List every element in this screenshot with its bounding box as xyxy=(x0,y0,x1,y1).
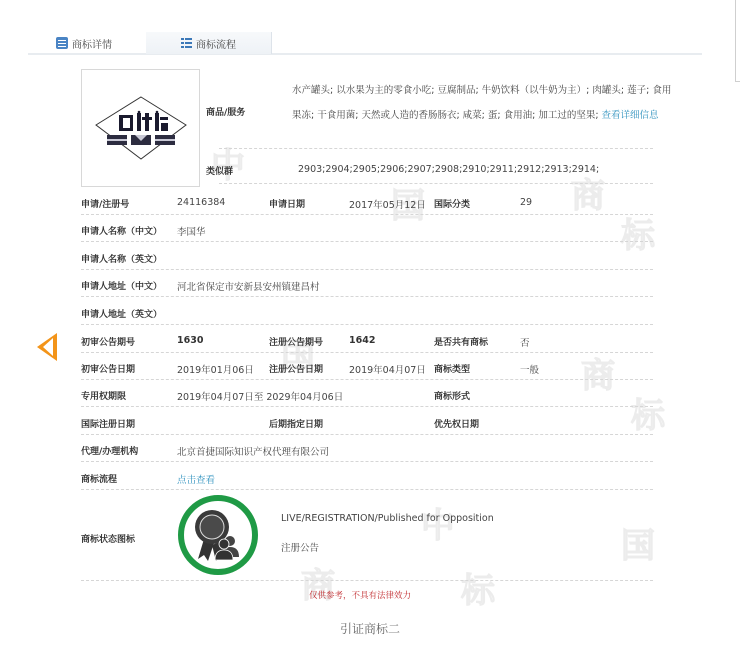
reg-no-label: 申请/注册号 xyxy=(81,197,129,210)
shared-mark-value: 否 xyxy=(520,335,530,349)
applicant-cn-label: 申请人名称（中文） xyxy=(81,224,162,237)
apply-date-value: 2017年05月12日 xyxy=(349,197,426,211)
divider xyxy=(81,352,653,353)
watermark: 中 xyxy=(211,138,245,187)
address-cn-label: 申请人地址（中文） xyxy=(81,279,162,292)
watermark: 商 xyxy=(581,348,615,397)
exclusive-period-value: 2019年04月07日至 2029年04月06日 xyxy=(177,389,343,403)
watermark: 国 xyxy=(621,518,655,567)
document-icon xyxy=(56,37,68,49)
divider xyxy=(219,148,653,149)
tab-trademark-flow[interactable]: 商标流程 xyxy=(146,32,272,54)
mark-type-label: 商标类型 xyxy=(434,362,470,375)
similar-group-value: 2903;2904;2905;2906;2907;2908;2910;2911;… xyxy=(298,164,599,175)
watermark: 标 xyxy=(621,208,655,257)
disclaimer: 仅供参考，不具有法律效力 xyxy=(309,589,411,601)
reg-pub-no-label: 注册公告期号 xyxy=(269,335,323,348)
address-en-label: 申请人地址（英文） xyxy=(81,307,162,320)
watermark: 商 xyxy=(571,168,605,217)
intl-class-value: 29 xyxy=(520,197,532,208)
agent-label: 代理/办理机构 xyxy=(81,444,138,457)
goods-list: 水产罐头; 以水果为主的零食小吃; 豆腐制品; 牛奶饮料（以牛奶为主）; 肉罐头… xyxy=(292,78,672,128)
prelim-pub-date-value: 2019年01月06日 xyxy=(177,362,254,376)
status-badge xyxy=(178,495,258,575)
intl-reg-date-label: 国际注册日期 xyxy=(81,417,135,430)
view-flow-link[interactable]: 点击查看 xyxy=(177,472,215,486)
award-icon xyxy=(184,501,252,569)
applicant-en-label: 申请人名称（英文） xyxy=(81,252,162,265)
divider xyxy=(81,461,653,462)
agent-value: 北京首捷国际知识产权代理有限公司 xyxy=(177,444,329,458)
reg-pub-no-value: 1642 xyxy=(349,335,375,346)
side-frame xyxy=(735,0,740,82)
tab-label: 商标详情 xyxy=(72,36,112,51)
later-designation-date-label: 后期指定日期 xyxy=(269,417,323,430)
tab-bar: 商标详情 商标流程 xyxy=(28,32,702,55)
address-cn-value: 河北省保定市安新县安州镇建昌村 xyxy=(177,279,320,293)
prelim-pub-no-label: 初审公告期号 xyxy=(81,335,135,348)
divider xyxy=(219,183,653,184)
status-en: LIVE/REGISTRATION/Published for Oppositi… xyxy=(281,513,494,524)
apply-date-label: 申请日期 xyxy=(269,197,305,210)
trademark-logo xyxy=(81,69,200,187)
figure-caption: 引证商标二 xyxy=(0,620,740,637)
goods-label: 商品/服务 xyxy=(206,105,245,118)
watermark: 标 xyxy=(461,563,495,612)
prev-arrow-button[interactable] xyxy=(37,333,57,361)
divider xyxy=(81,580,653,581)
flow-label: 商标流程 xyxy=(81,472,117,485)
trademark-logo-image xyxy=(93,95,189,161)
mark-form-label: 商标形式 xyxy=(434,389,470,402)
divider xyxy=(81,214,653,215)
divider xyxy=(81,379,653,380)
divider xyxy=(81,241,653,242)
view-details-link[interactable]: 查看详细信息 xyxy=(602,110,659,121)
mark-type-value: 一般 xyxy=(520,362,539,376)
reg-pub-date-label: 注册公告日期 xyxy=(269,362,323,375)
reg-no-value: 24116384 xyxy=(177,197,225,208)
intl-class-label: 国际分类 xyxy=(434,197,470,210)
divider xyxy=(81,434,653,435)
divider xyxy=(81,406,653,407)
divider xyxy=(81,269,653,270)
prelim-pub-date-label: 初审公告日期 xyxy=(81,362,135,375)
watermark: 标 xyxy=(631,388,665,437)
priority-date-label: 优先权日期 xyxy=(434,417,479,430)
tab-label: 商标流程 xyxy=(196,36,236,51)
list-icon xyxy=(181,38,192,48)
reg-pub-date-value: 2019年04月07日 xyxy=(349,362,426,376)
exclusive-period-label: 专用权期限 xyxy=(81,389,126,402)
divider xyxy=(81,296,653,297)
trademark-detail-panel: 中 国 商 标 国 商 标 中 国 商 标 xyxy=(61,58,701,603)
status-icon-label: 商标状态图标 xyxy=(81,532,135,545)
shared-mark-label: 是否共有商标 xyxy=(434,335,488,348)
prelim-pub-no-value: 1630 xyxy=(177,335,203,346)
applicant-cn-value: 李国华 xyxy=(177,224,206,238)
similar-group-label: 类似群 xyxy=(206,164,233,177)
divider xyxy=(81,324,653,325)
divider xyxy=(81,489,653,490)
status-cn: 注册公告 xyxy=(281,540,319,554)
